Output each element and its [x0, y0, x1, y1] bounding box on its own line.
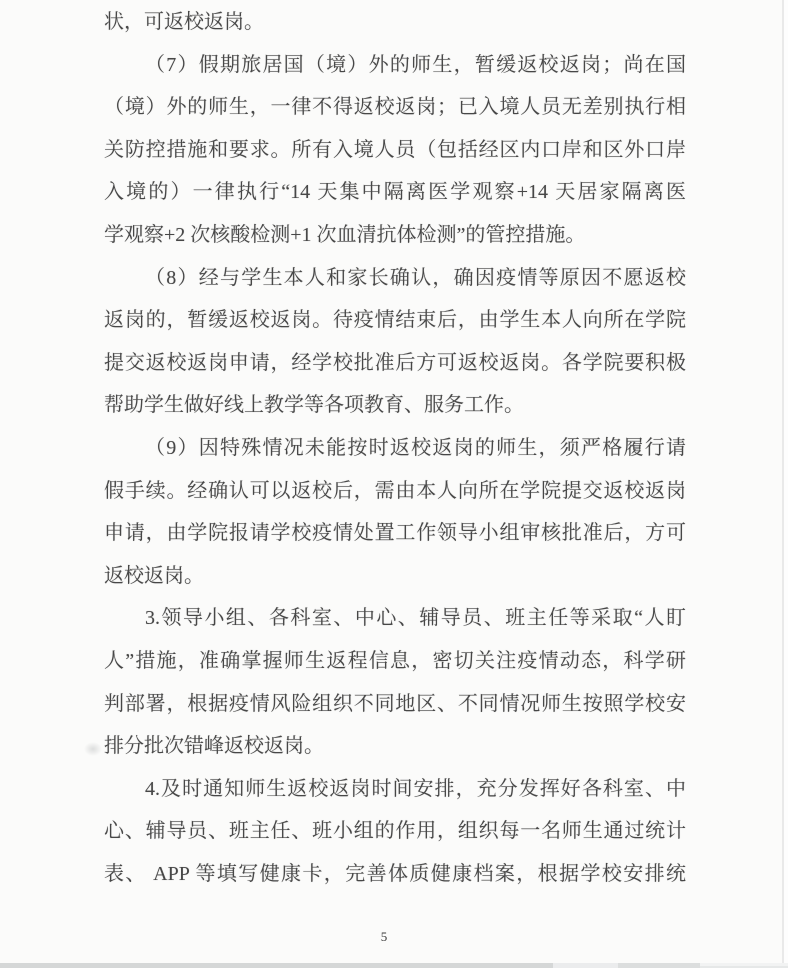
text-line: 入境的）一律执行“14 天集中隔离医学观察+14 天居家隔离医 [104, 171, 686, 214]
text-line: 帮助学生做好线上教学等各项教育、服务工作。 [104, 384, 686, 427]
text-line: （9）因特殊情况未能按时返校返岗的师生，须严格履行请 [104, 427, 686, 470]
text-line: 心、辅导员、班主任、班小组的作用，组织每一名师生通过统计 [104, 810, 686, 853]
text-line: 关防控措施和要求。所有入境人员（包括经区内口岸和区外口岸 [104, 129, 686, 172]
text-line: （7）假期旅居国（境）外的师生，暂缓返校返岗；尚在国 [104, 44, 686, 87]
text-line: 返校返岗。 [104, 555, 686, 598]
text-line: 返岗的，暂缓返校返岗。待疫情结束后，由学生本人向所在学院 [104, 299, 686, 342]
text-line: 状，可返校返岗。 [104, 1, 686, 44]
scan-smudge [84, 742, 102, 756]
text-line: 3.领导小组、各科室、中心、辅导员、班主任等采取“人盯 [104, 597, 686, 640]
text-line: （8）经与学生本人和家长确认，确因疫情等原因不愿返校 [104, 257, 686, 300]
text-line: 排分批次错峰返校返岗。 [104, 725, 686, 768]
page-number: 5 [0, 929, 778, 945]
text-line: 假手续。经确认可以返校后，需由本人向所在学院提交返校返岗 [104, 470, 686, 513]
scan-strip-highlight [553, 963, 618, 968]
scan-strip-right [700, 963, 788, 968]
scanned-document-page: 状，可返校返岗。（7）假期旅居国（境）外的师生，暂缓返校返岗；尚在国（境）外的师… [0, 0, 788, 968]
text-line: 学观察+2 次核酸检测+1 次血清抗体检测”的管控措施。 [104, 214, 686, 257]
text-line: 4.及时通知师生返校返岗时间安排，充分发挥好各科室、中 [104, 768, 686, 811]
bottom-scan-strip [0, 963, 788, 968]
text-line: 提交返校返岗申请，经学校批准后方可返校返岗。各学院要积极 [104, 342, 686, 385]
text-block: 状，可返校返岗。（7）假期旅居国（境）外的师生，暂缓返校返岗；尚在国（境）外的师… [104, 1, 686, 895]
text-line: 申请，由学院报请学校疫情处置工作领导小组审核批准后，方可 [104, 512, 686, 555]
text-line: （境）外的师生，一律不得返校返岗；已入境人员无差别执行相 [104, 86, 686, 129]
right-page-edge-paper [784, 0, 788, 964]
text-line: 判部署，根据疫情风险组织不同地区、不同情况师生按照学校安 [104, 683, 686, 726]
right-page-edge-line [782, 0, 784, 964]
text-line: 人”措施，准确掌握师生返程信息，密切关注疫情动态，科学研 [104, 640, 686, 683]
scan-strip-midtone [618, 963, 700, 968]
text-line: 表、 APP 等填写健康卡，完善体质健康档案，根据学校安排统 [104, 853, 686, 896]
